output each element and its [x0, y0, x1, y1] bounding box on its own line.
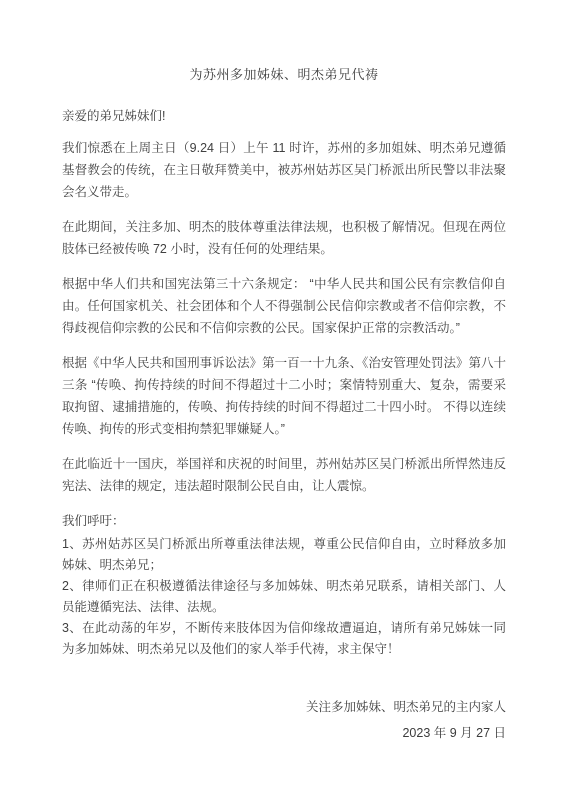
- appeal-heading: 我们呼吁：: [62, 510, 506, 532]
- letter-paragraph-1: 我们惊悉在上周主日（9.24 日）上午 11 时许，苏州的多加姐妹、明杰弟兄遵循…: [62, 137, 506, 203]
- letter-title: 为苏州多加姊妹、明杰弟兄代祷: [62, 64, 506, 83]
- letter-document: 为苏州多加姊妹、明杰弟兄代祷 亲爱的弟兄姊妹们! 我们惊悉在上周主日（9.24 …: [0, 0, 566, 800]
- appeal-item-2: 2、律师们正在积极遵循法律途径与多加姊妹、明杰弟兄联系，请相关部门、人员能遵循宪…: [62, 576, 506, 618]
- letter-paragraph-3: 根据中华人们共和国宪法第三十六条规定： “中华人民共和国公民有宗教信仰自由。任何…: [62, 273, 506, 339]
- date-line: 2023 年 9 月 27 日: [62, 722, 506, 744]
- letter-paragraph-4: 根据《中华人民共和国刑事诉讼法》第一百一十九条、《治安管理处罚法》第八十三条 “…: [62, 352, 506, 440]
- letter-salutation: 亲爱的弟兄姊妹们!: [62, 105, 506, 127]
- signature-line: 关注多加姊妹、明杰弟兄的主内家人: [62, 696, 506, 718]
- letter-paragraph-2: 在此期间，关注多加、明杰的肢体尊重法律法规，也积极了解情况。但现在两位肢体已经被…: [62, 216, 506, 260]
- appeal-item-1: 1、苏州姑苏区吴门桥派出所尊重法律法规，尊重公民信仰自由，立时释放多加姊妹、明杰…: [62, 534, 506, 576]
- letter-paragraph-5: 在此临近十一国庆，举国祥和庆祝的时间里，苏州姑苏区吴门桥派出所悍然违反宪法、法律…: [62, 453, 506, 497]
- appeal-item-3: 3、在此动荡的年岁，不断传来肢体因为信仰缘故遭逼迫，请所有弟兄姊妹一同为多加姊妹…: [62, 618, 506, 660]
